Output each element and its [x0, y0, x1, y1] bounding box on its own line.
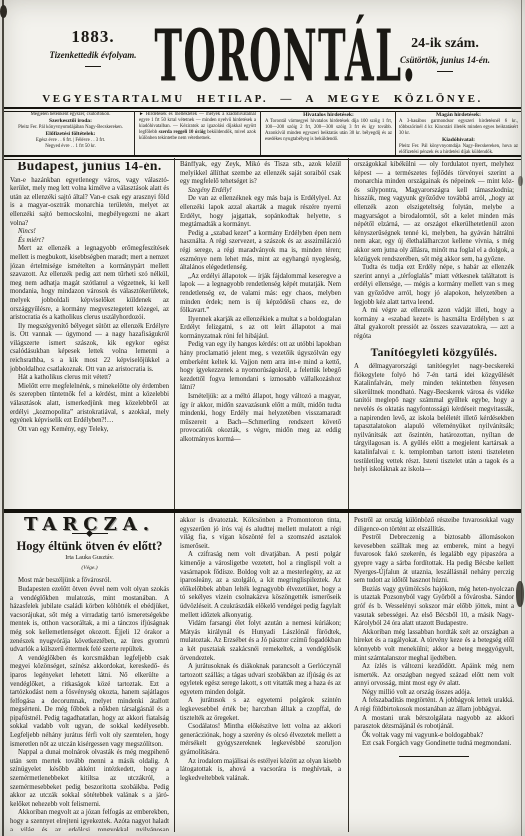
leader-paragraph: „Az erdélyi állapotok — írják fájdalomma… [180, 273, 341, 316]
leader-paragraph: Mert az ellenzék a legnagyobb erőmegfesz… [10, 245, 169, 322]
tarcza-column-2: akkor is divatoztak. Kölcsönben a Promon… [180, 517, 341, 831]
info-divider [134, 111, 135, 155]
tarcza-paragraph: A felszabadítás megtörtént. A jobbágyok … [354, 697, 514, 714]
tarcza-paragraph: A czifraság nem volt divatjában. A pesti… [180, 551, 341, 620]
tarcza-paragraph: Nappal a dunai molnárok olvasták és még … [10, 749, 169, 809]
tarcza-byline: Irta Lauka Gusztáv. [10, 554, 169, 563]
leader-paragraph: Mielőtt erre megfelelnénk, s minekelőtte… [10, 383, 169, 426]
leader-paragraph: De van az ellenzéknek egy más baja is Er… [180, 195, 341, 229]
article-end-rule [399, 756, 469, 757]
info-divider [395, 111, 396, 155]
tarcza-paragraph: Az ízlés is változni kezdődött. Apáink m… [354, 663, 514, 689]
leader-column-2: Bánffyak, egy Zeyk, Mikó és Tisza stb., … [180, 161, 341, 509]
tarcza-title: Hogy éltünk ötven év előtt? [10, 542, 169, 551]
office-heading: Szerkesztői iroda: [10, 118, 131, 125]
teachers-assembly-heading: Tanítóegyleti közgyűlés. [354, 349, 514, 358]
tarcza-paragraph: Ezt csak Forgách vagy Gondinette tudná m… [354, 740, 514, 749]
section-divider [4, 509, 521, 513]
leader-paragraph: Pedig van egy ily hangos kérdés: ott az … [180, 341, 341, 393]
tarcza-column-3: Pestről az ország különböző részeibe fuv… [354, 517, 514, 831]
column-rule [174, 158, 175, 832]
leader-paragraph: Ott van egy Kemény, egy Teleky, [10, 426, 169, 435]
leader-paragraph: Szegény Erdély! [180, 187, 341, 196]
tarcza-paragraph: Pestről Debreczenig a biztosabb állomáso… [354, 534, 514, 586]
volume-label: Tizenkettedik évfolyam. [18, 50, 168, 60]
private-ads-box: Magán hirdetések: A 3-hasábos garmondsor… [399, 112, 518, 154]
tarcza-column-1: TÁRCZA. Hogy éltünk ötven év előtt? Irta… [10, 517, 169, 831]
official-ads-box: Hivatalos hirdetések: A Torontál vármegy… [265, 112, 392, 154]
article-paragraph: A délmagyarországi tanítóegylet nagy-bec… [354, 363, 514, 475]
tarcza-paragraph: A jurátusoknak és diákoknak parancsolt a… [180, 663, 341, 697]
tarcza-paragraph: Akkoriban még lassabban hordták szét az … [354, 629, 514, 663]
tarcza-paragraph: Pestről az ország különböző részeibe fuv… [354, 517, 514, 534]
dash-ornament [85, 66, 101, 67]
tarcza-paragraph: Vidám farsangi élet folyt azután a nemes… [180, 620, 341, 663]
official-ads-text: A Torontál vármegyei hivatalos hirdetése… [265, 119, 392, 143]
issue-date: Csütörtök, junius 14-én. [372, 55, 518, 65]
ads-deadline: szerda reggeli 10 óráig [159, 130, 206, 135]
year-label: 1883. [18, 27, 168, 47]
publisher-heading: Kiadóhivatal: [399, 137, 518, 144]
tarcza-paragraph: Négy millió volt az ország összes adója. [354, 689, 514, 698]
leader-paragraph: A mi végre az ellenzék azon vádját illet… [354, 307, 514, 341]
leader-paragraph: országokkal kibékülni — oly fordulatot n… [354, 161, 514, 264]
dash-ornament [437, 71, 453, 72]
column-rule [348, 158, 349, 832]
manicule-icon: ► [139, 112, 144, 117]
tarcza-paragraph: A jurátusok s az egyetemi polgárok szint… [180, 697, 341, 723]
newspaper-title: TORONTÁL. [154, 11, 315, 103]
double-rule [4, 155, 521, 160]
info-divider [260, 111, 261, 155]
scan-blemish [518, 176, 523, 186]
scan-edge-right [521, 0, 522, 836]
issue-number: 24-ik szám. [372, 36, 518, 52]
leader-paragraph: Hát a katholikus clerus mit vétett? [10, 374, 169, 383]
tarcza-header: TÁRCZA. [10, 521, 169, 530]
leader-column-1: Budapest, junius 14-én. Van-e hazánkban … [10, 162, 169, 509]
private-ads-text: A 3-hasábos garmondsor egyszeri hirdetés… [399, 119, 518, 137]
leader-column-3: országokkal kibékülni — oly fordulatot n… [354, 161, 514, 509]
publication-info-box: Megjelen hetenként egyszer, csütörtökön.… [10, 112, 131, 154]
private-ads-heading: Magán hirdetések: [399, 112, 518, 119]
masthead-left: 1883. Tizenkettedik évfolyam. [18, 27, 168, 67]
tarcza-paragraph: Csodálatos! Mintha előkészítve lett voln… [180, 723, 341, 757]
official-ads-heading: Hivatalos hirdetések: [265, 112, 392, 119]
leader-paragraph: És miért? [10, 237, 169, 246]
leader-paragraph: Ily megszégyenítő bélyeget sütött az ell… [10, 323, 169, 375]
tarcza-note: (Vége.) [10, 564, 169, 573]
tarcza-paragraph: Ők voltak vagy mi vagyunk-e boldogabbak? [354, 732, 514, 741]
leader-paragraph: Nincs! [10, 228, 169, 237]
tarcza-paragraph: Budapesten ezelőtt ötven évvel nem volt … [10, 586, 169, 655]
tarcza-paragraph: Akkoriban megvolt az a józan felfogás az… [10, 809, 169, 831]
newspaper-subtitle: VEGYESTARTALMU HETILAP. — A MEGYE KÖZLÖN… [0, 93, 525, 105]
masthead-right: 24-ik szám. Csütörtök, junius 14-én. [372, 36, 518, 72]
tarcza-paragraph: A mostani urak bérszolgálata nagyobb az … [354, 715, 514, 732]
publisher-text: Pleitz Fer. Pál könyvnyomdája Nagy-Becsk… [399, 144, 518, 154]
tarcza-paragraph: Most már beszéljünk a fővárosról. [10, 577, 169, 586]
leader-heading: Budapest, junius 14-én. [10, 162, 169, 171]
ads-info-box: ► Hirdetések és mellékletek — melyek a k… [139, 112, 256, 154]
leader-paragraph: Ilyennek akarják az ellenzékiek a multat… [180, 316, 341, 342]
scan-edge-left [2, 0, 4, 836]
tarcza-paragraph: Az irodalom majálisai és estélyei között… [180, 758, 341, 784]
leader-paragraph: Bánffyak, egy Zeyk, Mikó és Tisza stb., … [180, 161, 341, 187]
subscribe-heading: Előfizetési föltételek: [10, 131, 131, 138]
newspaper-page: 1883. Tizenkettedik évfolyam. TORONTÁL. … [0, 0, 525, 836]
tarcza-ornament [72, 533, 108, 534]
tarcza-paragraph: Buziás vagy gyümölcsös hajókon, még hete… [354, 586, 514, 629]
leader-paragraph: Ismételjük: az a méltó állapot, hogy vál… [180, 393, 341, 445]
tarcza-paragraph: A vendéglőkben és korcsmákban legfeljebb… [10, 655, 169, 750]
leader-paragraph: Van-e hazánkban egyetlenegy város, vagy … [10, 177, 169, 229]
leader-paragraph: Tudta és tudja ezt Erdély népe, s habár … [354, 264, 514, 307]
leader-paragraph: Pedig a „szabad kezet” a kormány Erdélyb… [180, 230, 341, 273]
scan-blemish [0, 5, 7, 18]
tarcza-paragraph: akkor is divatoztak. Kölcsönben a Promon… [180, 517, 341, 551]
scan-blemish [516, 581, 524, 607]
subscribe-line: Negyed évre . . 1 frt 50 kr. [10, 144, 131, 150]
